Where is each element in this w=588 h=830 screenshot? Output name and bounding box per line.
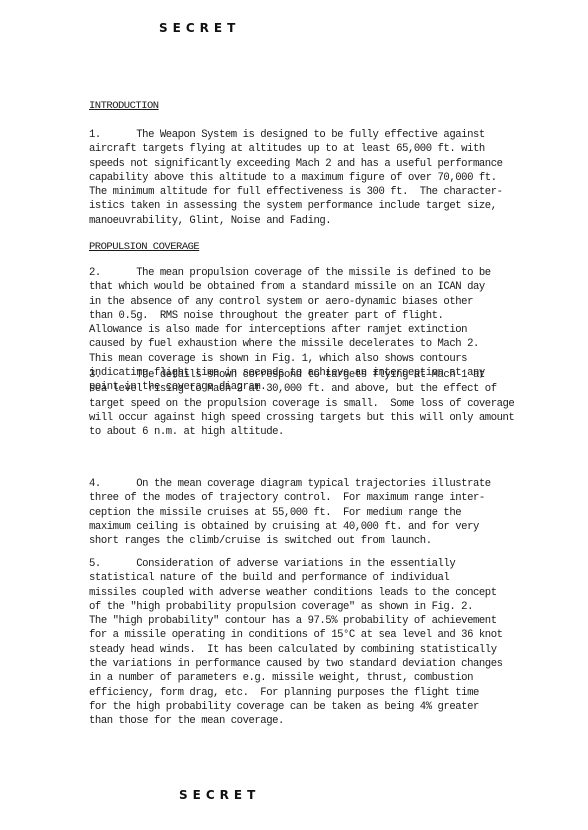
text-line: maximum ceiling is obtained by cruising … bbox=[89, 520, 559, 534]
text-line: short ranges the climb/cruise is switche… bbox=[89, 534, 559, 548]
text-line: ception the missile cruises at 55,000 ft… bbox=[89, 506, 559, 520]
text-line: 5. Consideration of adverse variations i… bbox=[89, 557, 559, 571]
text-line: in a number of parameters e.g. missile w… bbox=[89, 671, 559, 685]
text-line: for the high probability coverage can be… bbox=[89, 700, 559, 714]
text-line: that which would be obtained from a stan… bbox=[89, 280, 559, 294]
text-line: 2. The mean propulsion coverage of the m… bbox=[89, 266, 559, 280]
text-line: will occur against high speed crossing t… bbox=[89, 411, 559, 425]
paragraph-3: 3. The details shown correspond to targe… bbox=[89, 368, 559, 439]
text-line: speeds not significantly exceeding Mach … bbox=[89, 157, 559, 171]
text-line: This mean coverage is shown in Fig. 1, w… bbox=[89, 352, 559, 366]
paragraph-5: 5. Consideration of adverse variations i… bbox=[89, 557, 559, 729]
text-line: the variations in performance caused by … bbox=[89, 657, 559, 671]
text-line: missiles coupled with adverse weather co… bbox=[89, 586, 559, 600]
text-line: to about 6 n.m. at high altitude. bbox=[89, 425, 559, 439]
text-line: istics taken in assessing the system per… bbox=[89, 199, 559, 213]
classification-header: SECRET bbox=[159, 21, 240, 35]
document-page: SECRET INTRODUCTION 1. The Weapon System… bbox=[0, 0, 588, 830]
text-line: steady head winds. It has been calculate… bbox=[89, 643, 559, 657]
text-line: capability above this altitude to a maxi… bbox=[89, 171, 559, 185]
classification-footer: SECRET bbox=[179, 788, 260, 802]
text-line: The "high probability" contour has a 97.… bbox=[89, 614, 559, 628]
text-line: 4. On the mean coverage diagram typical … bbox=[89, 477, 559, 491]
section-heading-introduction: INTRODUCTION bbox=[89, 100, 159, 112]
text-line: 1. The Weapon System is designed to be f… bbox=[89, 128, 559, 142]
text-line: aircraft targets flying at altitudes up … bbox=[89, 142, 559, 156]
text-line: 3. The details shown correspond to targe… bbox=[89, 368, 559, 382]
text-line: manoeuvrability, Glint, Noise and Fading… bbox=[89, 214, 559, 228]
text-line: statistical nature of the build and perf… bbox=[89, 571, 559, 585]
text-line: The minimum altitude for full effectiven… bbox=[89, 185, 559, 199]
paragraph-1: 1. The Weapon System is designed to be f… bbox=[89, 128, 559, 228]
text-line: than 0.5g. RMS noise throughout the grea… bbox=[89, 309, 559, 323]
section-heading-propulsion-coverage: PROPULSION COVERAGE bbox=[89, 241, 199, 253]
paragraph-4: 4. On the mean coverage diagram typical … bbox=[89, 477, 559, 548]
text-line: of the "high probability propulsion cove… bbox=[89, 600, 559, 614]
text-line: target speed on the propulsion coverage … bbox=[89, 397, 559, 411]
text-line: Allowance is also made for interceptions… bbox=[89, 323, 559, 337]
text-line: efficiency, form drag, etc. For planning… bbox=[89, 686, 559, 700]
text-line: for a missile operating in conditions of… bbox=[89, 628, 559, 642]
text-line: in the absence of any control system or … bbox=[89, 295, 559, 309]
text-line: than those for the mean coverage. bbox=[89, 714, 559, 728]
text-line: caused by fuel exhaustion where the miss… bbox=[89, 337, 559, 351]
text-line: sea level rising to Mach 2 at 30,000 ft.… bbox=[89, 382, 559, 396]
text-line: three of the modes of trajectory control… bbox=[89, 491, 559, 505]
